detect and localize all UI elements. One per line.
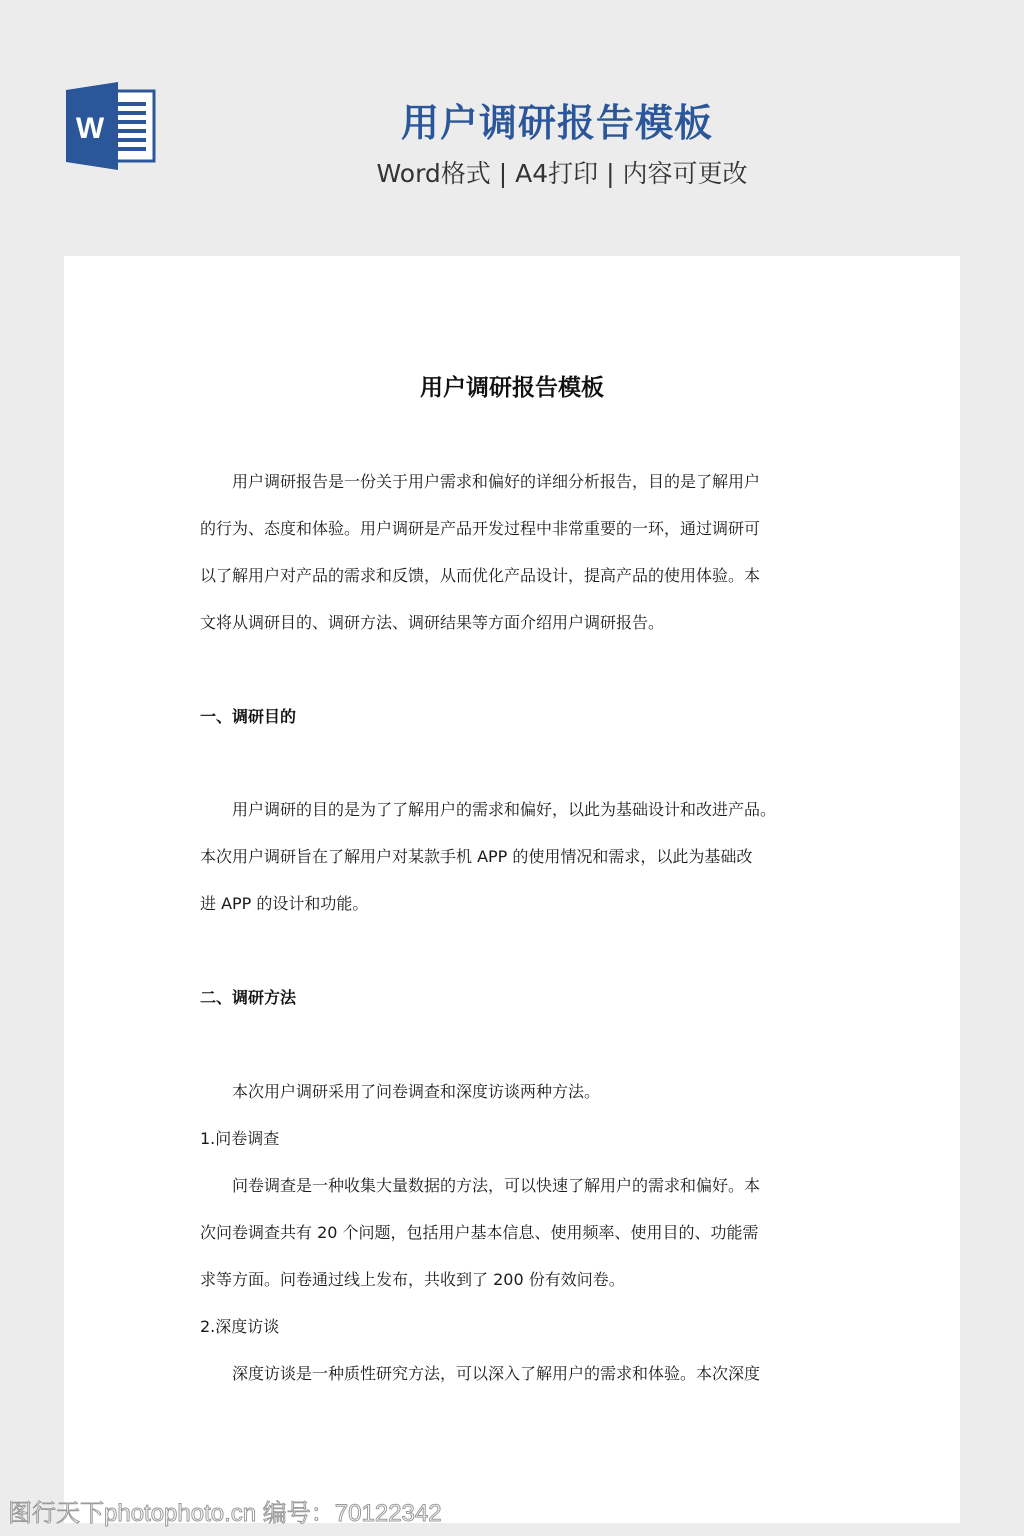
- banner-subtitle: Word格式 | A4打印 | 内容可更改: [0, 154, 1024, 190]
- questionnaire-paragraph: 问卷调查是一种收集大量数据的方法，可以快速了解用户的需求和偏好。本 次问卷调查共…: [200, 1162, 830, 1303]
- text-line: 进 APP 的设计和功能。: [200, 880, 830, 927]
- text-line: 本次用户调研采用了问卷调查和深度访谈两种方法。: [200, 1068, 830, 1115]
- intro-paragraph: 用户调研报告是一份关于用户需求和偏好的详细分析报告，目的是了解用户 的行为、态度…: [200, 458, 830, 646]
- text-line: 文将从调研目的、调研方法、调研结果等方面介绍用户调研报告。: [200, 599, 830, 646]
- interview-paragraph: 深度访谈是一种质性研究方法，可以深入了解用户的需求和体验。本次深度: [200, 1350, 830, 1397]
- text-line: 的行为、态度和体验。用户调研是产品开发过程中非常重要的一环，通过调研可: [200, 505, 830, 552]
- text-line: 求等方面。问卷通过线上发布，共收到了 200 份有效问卷。: [200, 1256, 830, 1303]
- text-line: 深度访谈是一种质性研究方法，可以深入了解用户的需求和体验。本次深度: [200, 1350, 830, 1397]
- document-title: 用户调研报告模板: [64, 369, 960, 402]
- subheading-questionnaire: 1.问卷调查: [200, 1127, 279, 1151]
- methods-intro-paragraph: 本次用户调研采用了问卷调查和深度访谈两种方法。: [200, 1068, 830, 1115]
- watermark-text: 图行天下photophoto.cn 编号：70122342: [8, 1493, 442, 1528]
- purpose-paragraph: 用户调研的目的是为了了解用户的需求和偏好，以此为基础设计和改进产品。 本次用户调…: [200, 786, 830, 927]
- text-line: 用户调研的目的是为了了解用户的需求和偏好，以此为基础设计和改进产品。: [200, 786, 830, 833]
- subheading-interview: 2.深度访谈: [200, 1315, 279, 1339]
- text-line: 问卷调查是一种收集大量数据的方法，可以快速了解用户的需求和偏好。本: [200, 1162, 830, 1209]
- text-line: 本次用户调研旨在了解用户对某款手机 APP 的使用情况和需求，以此为基础改: [200, 833, 830, 880]
- banner-header: W 用户调研报告模板 Word格式 | A4打印 | 内容可更改: [0, 0, 1024, 256]
- text-line: 次问卷调查共有 20 个问题，包括用户基本信息、使用频率、使用目的、功能需: [200, 1209, 830, 1256]
- document-page: 用户调研报告模板 用户调研报告是一份关于用户需求和偏好的详细分析报告，目的是了解…: [64, 256, 960, 1523]
- section-heading-methods: 二、调研方法: [200, 986, 296, 1010]
- text-line: 用户调研报告是一份关于用户需求和偏好的详细分析报告，目的是了解用户: [200, 458, 830, 505]
- banner-title: 用户调研报告模板: [0, 92, 1024, 147]
- text-line: 以了解用户对产品的需求和反馈，从而优化产品设计，提高产品的使用体验。本: [200, 552, 830, 599]
- section-heading-purpose: 一、调研目的: [200, 705, 296, 729]
